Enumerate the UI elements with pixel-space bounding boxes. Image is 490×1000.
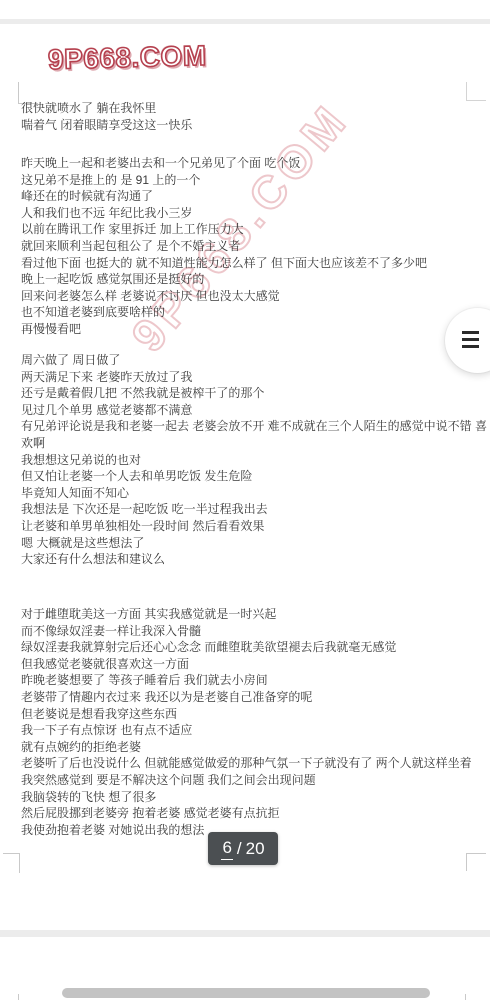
crop-mark-next-left — [18, 994, 19, 1000]
text-line: 我脑袋转的飞快 想了很多 — [21, 789, 472, 806]
next-page-content-bar — [62, 988, 430, 998]
text-line: 也不知道老婆到底要啥样的 — [21, 304, 427, 321]
text-line: 昨天晚上一起和老婆出去和一个兄弟见了个面 吃个饭 — [21, 155, 427, 172]
paragraph: 对于雌堕耽美这一方面 其实我感觉就是一时兴起而不像绿奴淫妻一样让我深入骨髓绿奴淫… — [21, 606, 472, 838]
text-line: 然后屁股挪到老婆旁 抱着老婆 感觉老婆有点抗拒 — [21, 805, 472, 822]
previous-page-edge — [0, 0, 490, 19]
text-line: 毕竟知人知面不知心 — [21, 485, 487, 502]
text-line: 两天满足下来 老婆昨天放过了我 — [21, 369, 487, 386]
text-line: 还亏是戴着假几把 不然我就是被榨干了的那个 — [21, 385, 487, 402]
page-current: 6 — [221, 838, 232, 860]
text-line: 喘着气 闭着眼睛享受这这一快乐 — [21, 117, 192, 134]
document-viewer: 9P668.COM 9P668.COM 很快就喷水了 躺在我怀里喘着气 闭着眼睛… — [0, 0, 490, 1000]
text-line: 晚上一起吃饭 感觉氛围还是挺好的 — [21, 271, 427, 288]
text-line: 以前在腾讯工作 家里拆迁 加上工作压力大 — [21, 221, 427, 238]
menu-icon — [462, 331, 479, 348]
paragraph: 很快就喷水了 躺在我怀里喘着气 闭着眼睛享受这这一快乐 — [21, 100, 192, 133]
text-line: 昨晚老婆想要了 等孩子睡着后 我们就去小房间 — [21, 672, 472, 689]
text-line: 但老婆说是想看我穿这些东西 — [21, 706, 472, 723]
text-line: 老婆听了后也没说什么 但就能感觉做爱的那种气氛一下子就没有了 两个人就这样坐着 — [21, 755, 472, 772]
crop-mark-next-right — [465, 994, 466, 1000]
text-line: 就回来顺利当起包租公了 是个不婚主义者 — [21, 238, 427, 255]
page-indicator[interactable]: 6 / 20 — [208, 832, 278, 865]
text-line: 再慢慢看吧 — [21, 321, 427, 338]
text-line: 让老婆和单男单独相处一段时间 然后看看效果 — [21, 518, 487, 535]
text-line: 很快就喷水了 躺在我怀里 — [21, 100, 192, 117]
text-line: 绿奴淫妻我就算射完后还心心念念 而雌堕耽美欲望褪去后我就毫无感觉 — [21, 639, 472, 656]
text-line: 回来问老婆怎么样 老婆说不讨厌 但也没太大感觉 — [21, 288, 427, 305]
text-line: 对于雌堕耽美这一方面 其实我感觉就是一时兴起 — [21, 606, 472, 623]
text-line: 欢啊 — [21, 435, 487, 452]
text-line: 我想法是 下次还是一起吃饭 吃一半过程我出去 — [21, 501, 487, 518]
paragraph: 周六做了 周日做了两天满足下来 老婆昨天放过了我还亏是戴着假几把 不然我就是被榨… — [21, 352, 487, 568]
page-total: 20 — [246, 839, 265, 859]
paragraph: 昨天晚上一起和老婆出去和一个兄弟见了个面 吃个饭这兄弟不是推上的 是 91 上的… — [21, 155, 427, 338]
text-line: 人和我们也不远 年纪比我小三岁 — [21, 205, 427, 222]
text-line: 但又怕让老婆一个人去和单男吃饭 发生危险 — [21, 468, 487, 485]
text-line: 大家还有什么想法和建议么 — [21, 551, 487, 568]
text-line: 就有点婉约的拒绝老婆 — [21, 739, 472, 756]
site-watermark-logo: 9P668.COM — [48, 40, 207, 76]
text-line: 见过几个单男 感觉老婆都不满意 — [21, 402, 487, 419]
text-line: 有兄弟评论说是我和老婆一起去 老婆会放不开 难不成就在三个人陌生的感觉中说不错 … — [21, 418, 487, 435]
text-line: 看过他下面 也挺大的 就不知道性能力怎么样了 但下面大也应该差不了多少吧 — [21, 255, 427, 272]
text-line: 但我感觉老婆就很喜欢这一方面 — [21, 656, 472, 673]
text-line: 峰还在的时候就有沟通了 — [21, 188, 427, 205]
text-line: 老婆带了情趣内衣过来 我还以为是老婆自己准备穿的呢 — [21, 689, 472, 706]
text-line: 嗯 大概就是这些想法了 — [21, 535, 487, 552]
text-line: 我想想这兄弟说的也对 — [21, 452, 487, 469]
text-line: 而不像绿奴淫妻一样让我深入骨髓 — [21, 623, 472, 640]
text-line: 周六做了 周日做了 — [21, 352, 487, 369]
text-line: 这兄弟不是推上的 是 91 上的一个 — [21, 172, 427, 189]
text-line: 我一下子有点惊讶 也有点不适应 — [21, 722, 472, 739]
page-separator: / — [237, 839, 242, 859]
text-line: 我突然感觉到 要是不解决这个问题 我们之间会出现问题 — [21, 772, 472, 789]
